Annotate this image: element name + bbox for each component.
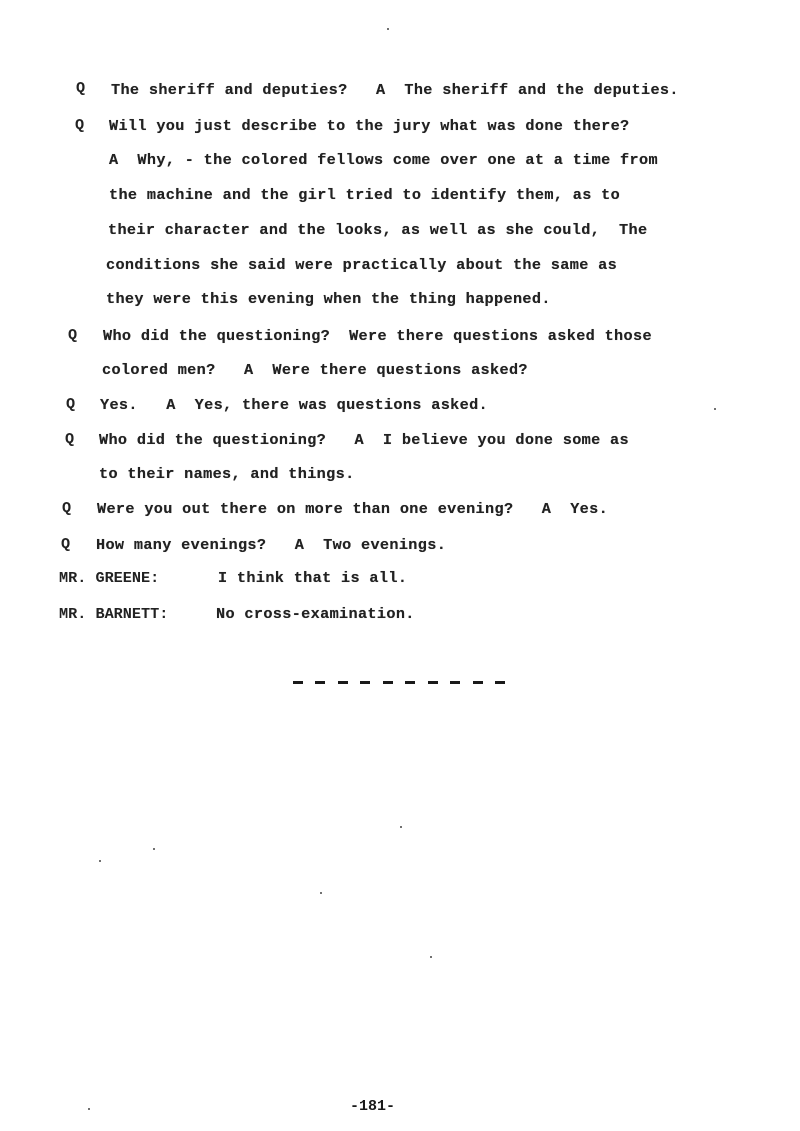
transcript-line: The sheriff and deputies? A The sheriff … xyxy=(111,81,679,99)
page-number: -181- xyxy=(350,1098,395,1115)
scan-speck xyxy=(400,826,402,828)
transcript-line: A Why, - the colored fellows come over o… xyxy=(109,151,658,169)
scan-speck xyxy=(99,860,101,862)
scan-speck xyxy=(430,956,432,958)
scan-speck xyxy=(88,1108,90,1110)
q-marker: Q xyxy=(68,326,77,344)
scan-speck xyxy=(153,848,155,850)
transcript-line: Who did the questioning? Were there ques… xyxy=(103,327,652,345)
transcript-line: the machine and the girl tried to identi… xyxy=(109,186,620,204)
scan-speck xyxy=(320,892,322,894)
transcript-line: How many evenings? A Two evenings. xyxy=(96,536,446,554)
speaker-label-barnett: MR. BARNETT: xyxy=(59,605,168,623)
transcript-page: Q The sheriff and deputies? A The sherif… xyxy=(0,0,800,1131)
q-marker: Q xyxy=(62,499,71,517)
transcript-line: Yes. A Yes, there was questions asked. xyxy=(100,396,488,414)
q-marker: Q xyxy=(76,79,85,97)
transcript-line: their character and the looks, as well a… xyxy=(108,221,647,239)
scan-speck xyxy=(714,408,716,410)
q-marker: Q xyxy=(66,395,75,413)
speaker-label-greene: MR. GREENE: xyxy=(59,569,159,587)
transcript-line: to their names, and things. xyxy=(99,465,355,483)
section-divider xyxy=(293,681,505,685)
transcript-line: they were this evening when the thing ha… xyxy=(106,290,551,308)
transcript-line: I think that is all. xyxy=(218,569,407,587)
transcript-line: Will you just describe to the jury what … xyxy=(109,117,630,135)
q-marker: Q xyxy=(65,430,74,448)
q-marker: Q xyxy=(61,535,70,553)
transcript-line: Were you out there on more than one even… xyxy=(97,500,608,518)
transcript-line: colored men? A Were there questions aske… xyxy=(102,361,528,379)
scan-speck xyxy=(387,28,389,30)
q-marker: Q xyxy=(75,116,84,134)
transcript-line: Who did the questioning? A I believe you… xyxy=(99,431,629,449)
transcript-line: conditions she said were practically abo… xyxy=(106,256,617,274)
transcript-line: No cross-examination. xyxy=(216,605,415,623)
